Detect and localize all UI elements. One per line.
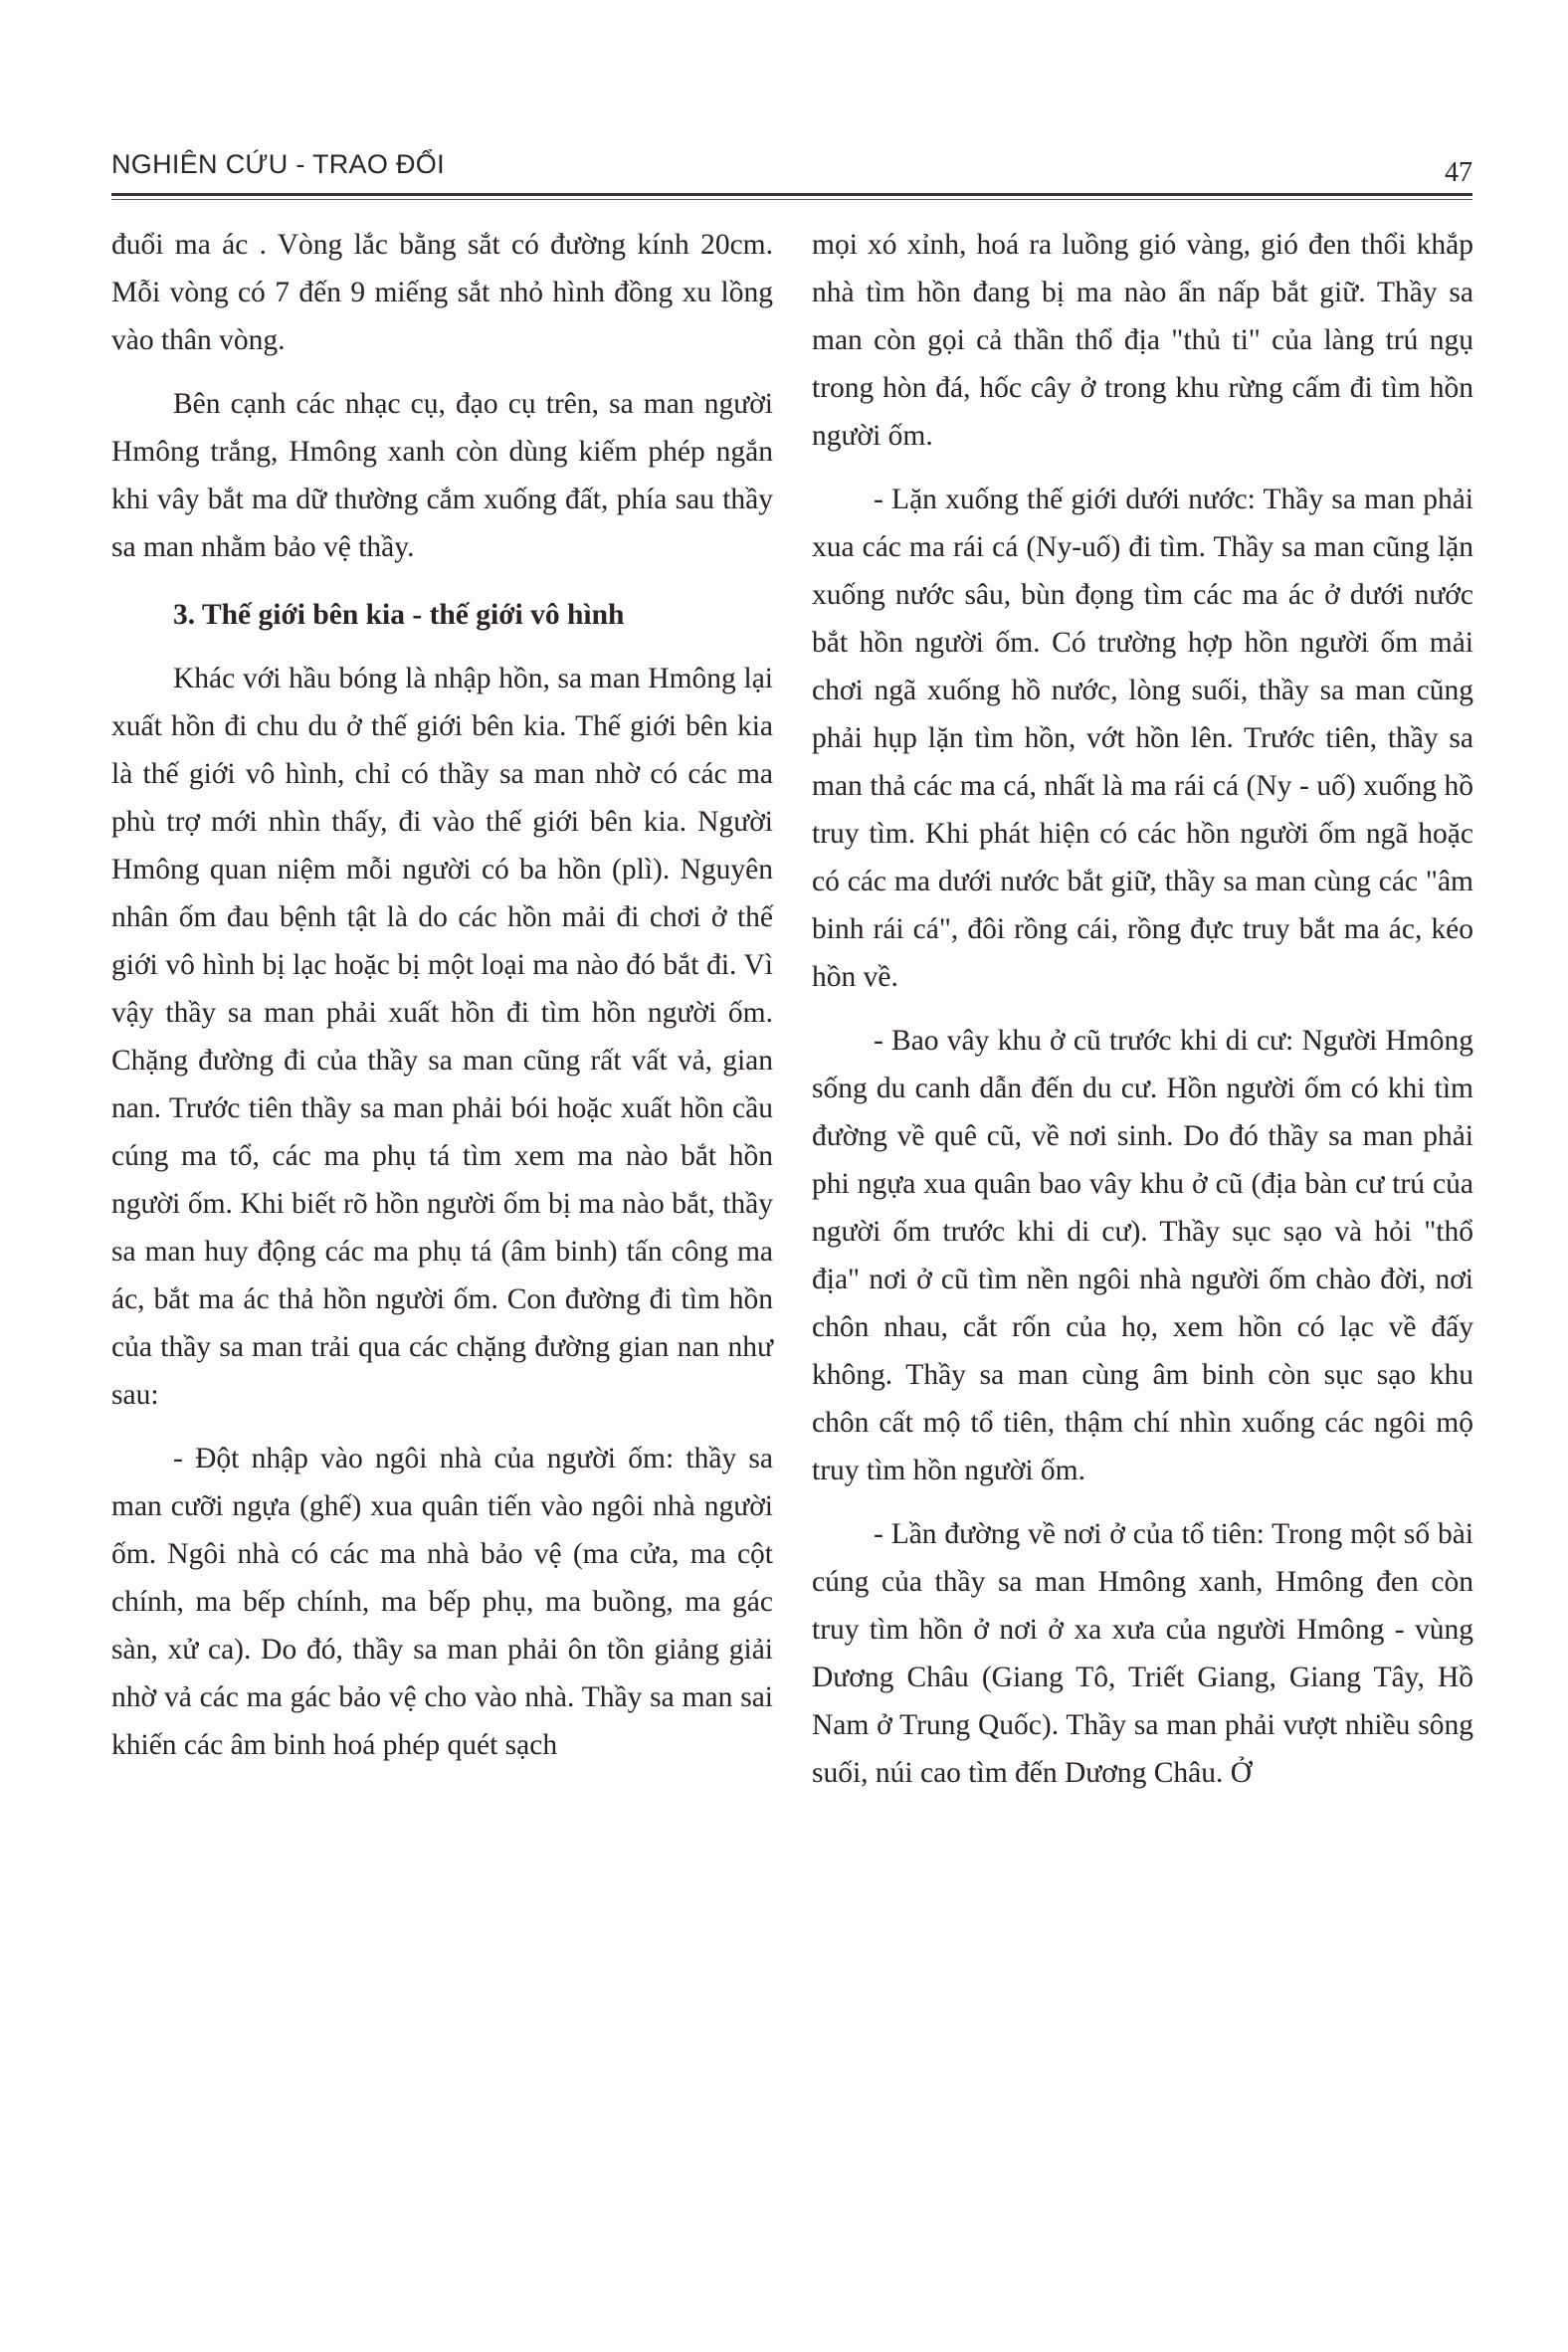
left-column: đuổi ma ác . Vòng lắc bằng sắt có đường … bbox=[111, 221, 773, 1785]
page-header: NGHIÊN CỨU - TRAO ĐỔI 47 bbox=[111, 145, 1472, 195]
right-column: mọi xó xỉnh, hoá ra luồng gió vàng, gió … bbox=[812, 221, 1473, 1813]
paragraph: mọi xó xỉnh, hoá ra luồng gió vàng, gió … bbox=[812, 221, 1473, 460]
section-heading: 3. Thế giới bên kia - thế giới vô hình bbox=[111, 591, 773, 639]
header-rule-thick bbox=[111, 193, 1472, 196]
paragraph: - Lần đường về nơi ở của tổ tiên: Trong … bbox=[812, 1510, 1473, 1797]
paragraph: - Bao vây khu ở cũ trước khi di cư: Ngườ… bbox=[812, 1017, 1473, 1494]
paragraph: - Đột nhập vào ngôi nhà của người ốm: th… bbox=[111, 1435, 773, 1769]
paragraph: - Lặn xuống thế giới dưới nước: Thầy sa … bbox=[812, 476, 1473, 1001]
paragraph: đuổi ma ác . Vòng lắc bằng sắt có đường … bbox=[111, 221, 773, 364]
running-title: NGHIÊN CỨU - TRAO ĐỔI bbox=[111, 149, 445, 180]
page-number: 47 bbox=[1445, 157, 1472, 189]
header-rule-thin bbox=[111, 199, 1472, 200]
paragraph: Bên cạnh các nhạc cụ, đạo cụ trên, sa ma… bbox=[111, 380, 773, 571]
paragraph: Khác với hầu bóng là nhập hồn, sa man Hm… bbox=[111, 655, 773, 1419]
